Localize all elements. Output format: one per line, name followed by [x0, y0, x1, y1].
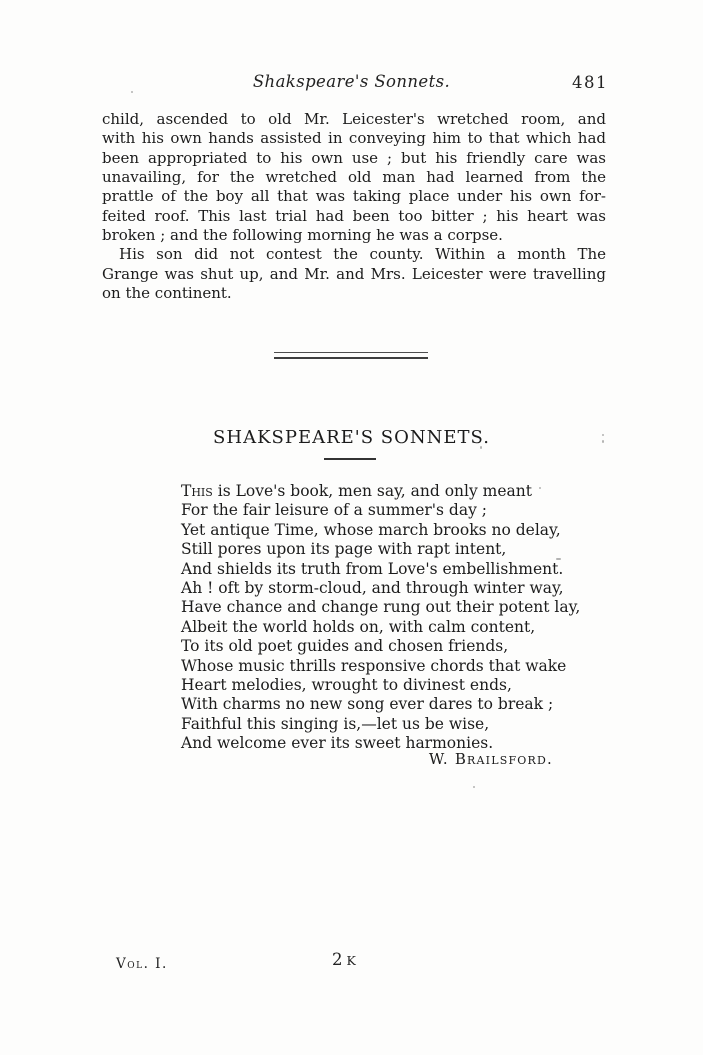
poem-lines: For the fair leisure of a summer's day ;… — [181, 501, 580, 753]
poem: This is Love's book, men say, and only m… — [181, 482, 580, 754]
poem-line: To its old poet guides and chosen friend… — [181, 637, 580, 656]
prose-line: been appropriated to his own use ; but h… — [102, 149, 606, 168]
scan-speck — [480, 446, 482, 449]
poem-line: With charms no new song ever dares to br… — [181, 695, 580, 714]
poem-line: Have chance and change rung out their po… — [181, 598, 580, 617]
poem-first-line-rest: is Love's book, men say, and only meant — [213, 482, 532, 500]
scan-speck — [602, 434, 604, 436]
poem-lead-cap: T — [181, 482, 191, 500]
signature-mark-letter: K — [347, 953, 357, 968]
poem-line: Yet antique Time, whose march brooks no … — [181, 521, 580, 540]
scan-speck — [556, 558, 561, 560]
author-signature: W. Brailsford. — [181, 750, 553, 768]
poem-line: Still pores upon its page with rapt inte… — [181, 540, 580, 559]
prose-line: unavailing, for the wretched old man had… — [102, 168, 606, 187]
article-title: SHAKSPEARE'S SONNETS. — [0, 427, 703, 448]
prose-line: with his own hands assisted in conveying… — [102, 129, 606, 148]
prose-line: child, ascended to old Mr. Leicester's w… — [102, 110, 606, 129]
signature-mark-number: 2 — [332, 950, 343, 969]
section-divider-rule — [274, 352, 428, 359]
scan-speck — [539, 487, 541, 489]
prose-lines: child, ascended to old Mr. Leicester's w… — [102, 110, 606, 303]
prose-line: feited roof. This last trial had been to… — [102, 207, 606, 226]
running-head: Shakspeare's Sonnets. 481 — [0, 72, 703, 94]
book-page: Shakspeare's Sonnets. 481 child, ascende… — [0, 0, 703, 1055]
poem-line: For the fair leisure of a summer's day ; — [181, 501, 580, 520]
poem-line: Whose music thrills responsive chords th… — [181, 657, 580, 676]
volume-label: Vol. I. — [116, 956, 168, 972]
title-underline-rule — [324, 458, 376, 460]
prose-line: broken ; and the following morning he wa… — [102, 226, 606, 245]
prose-line: prattle of the boy all that was taking p… — [102, 187, 606, 206]
poem-line: Faithful this singing is,—let us be wise… — [181, 715, 580, 734]
prose-section: child, ascended to old Mr. Leicester's w… — [102, 110, 606, 303]
poem-line: And shields its truth from Love's embell… — [181, 560, 580, 579]
prose-line: on the continent. — [102, 284, 606, 303]
poem-line: Ah ! oft by storm-cloud, and through win… — [181, 579, 580, 598]
poem-line: Albeit the world holds on, with calm con… — [181, 618, 580, 637]
prose-line: His son did not contest the county. With… — [102, 245, 606, 264]
scan-speck — [602, 440, 604, 443]
poem-line: Heart melodies, wrought to divinest ends… — [181, 676, 580, 695]
printer-signature-mark: 2K — [332, 950, 357, 969]
page-number: 481 — [572, 73, 608, 92]
poem-lead-smallcaps: his — [191, 482, 212, 500]
scan-speck — [131, 91, 133, 93]
scan-speck — [473, 786, 475, 788]
poem-line-first: This is Love's book, men say, and only m… — [181, 482, 580, 501]
prose-line: Grange was shut up, and Mr. and Mrs. Lei… — [102, 265, 606, 284]
